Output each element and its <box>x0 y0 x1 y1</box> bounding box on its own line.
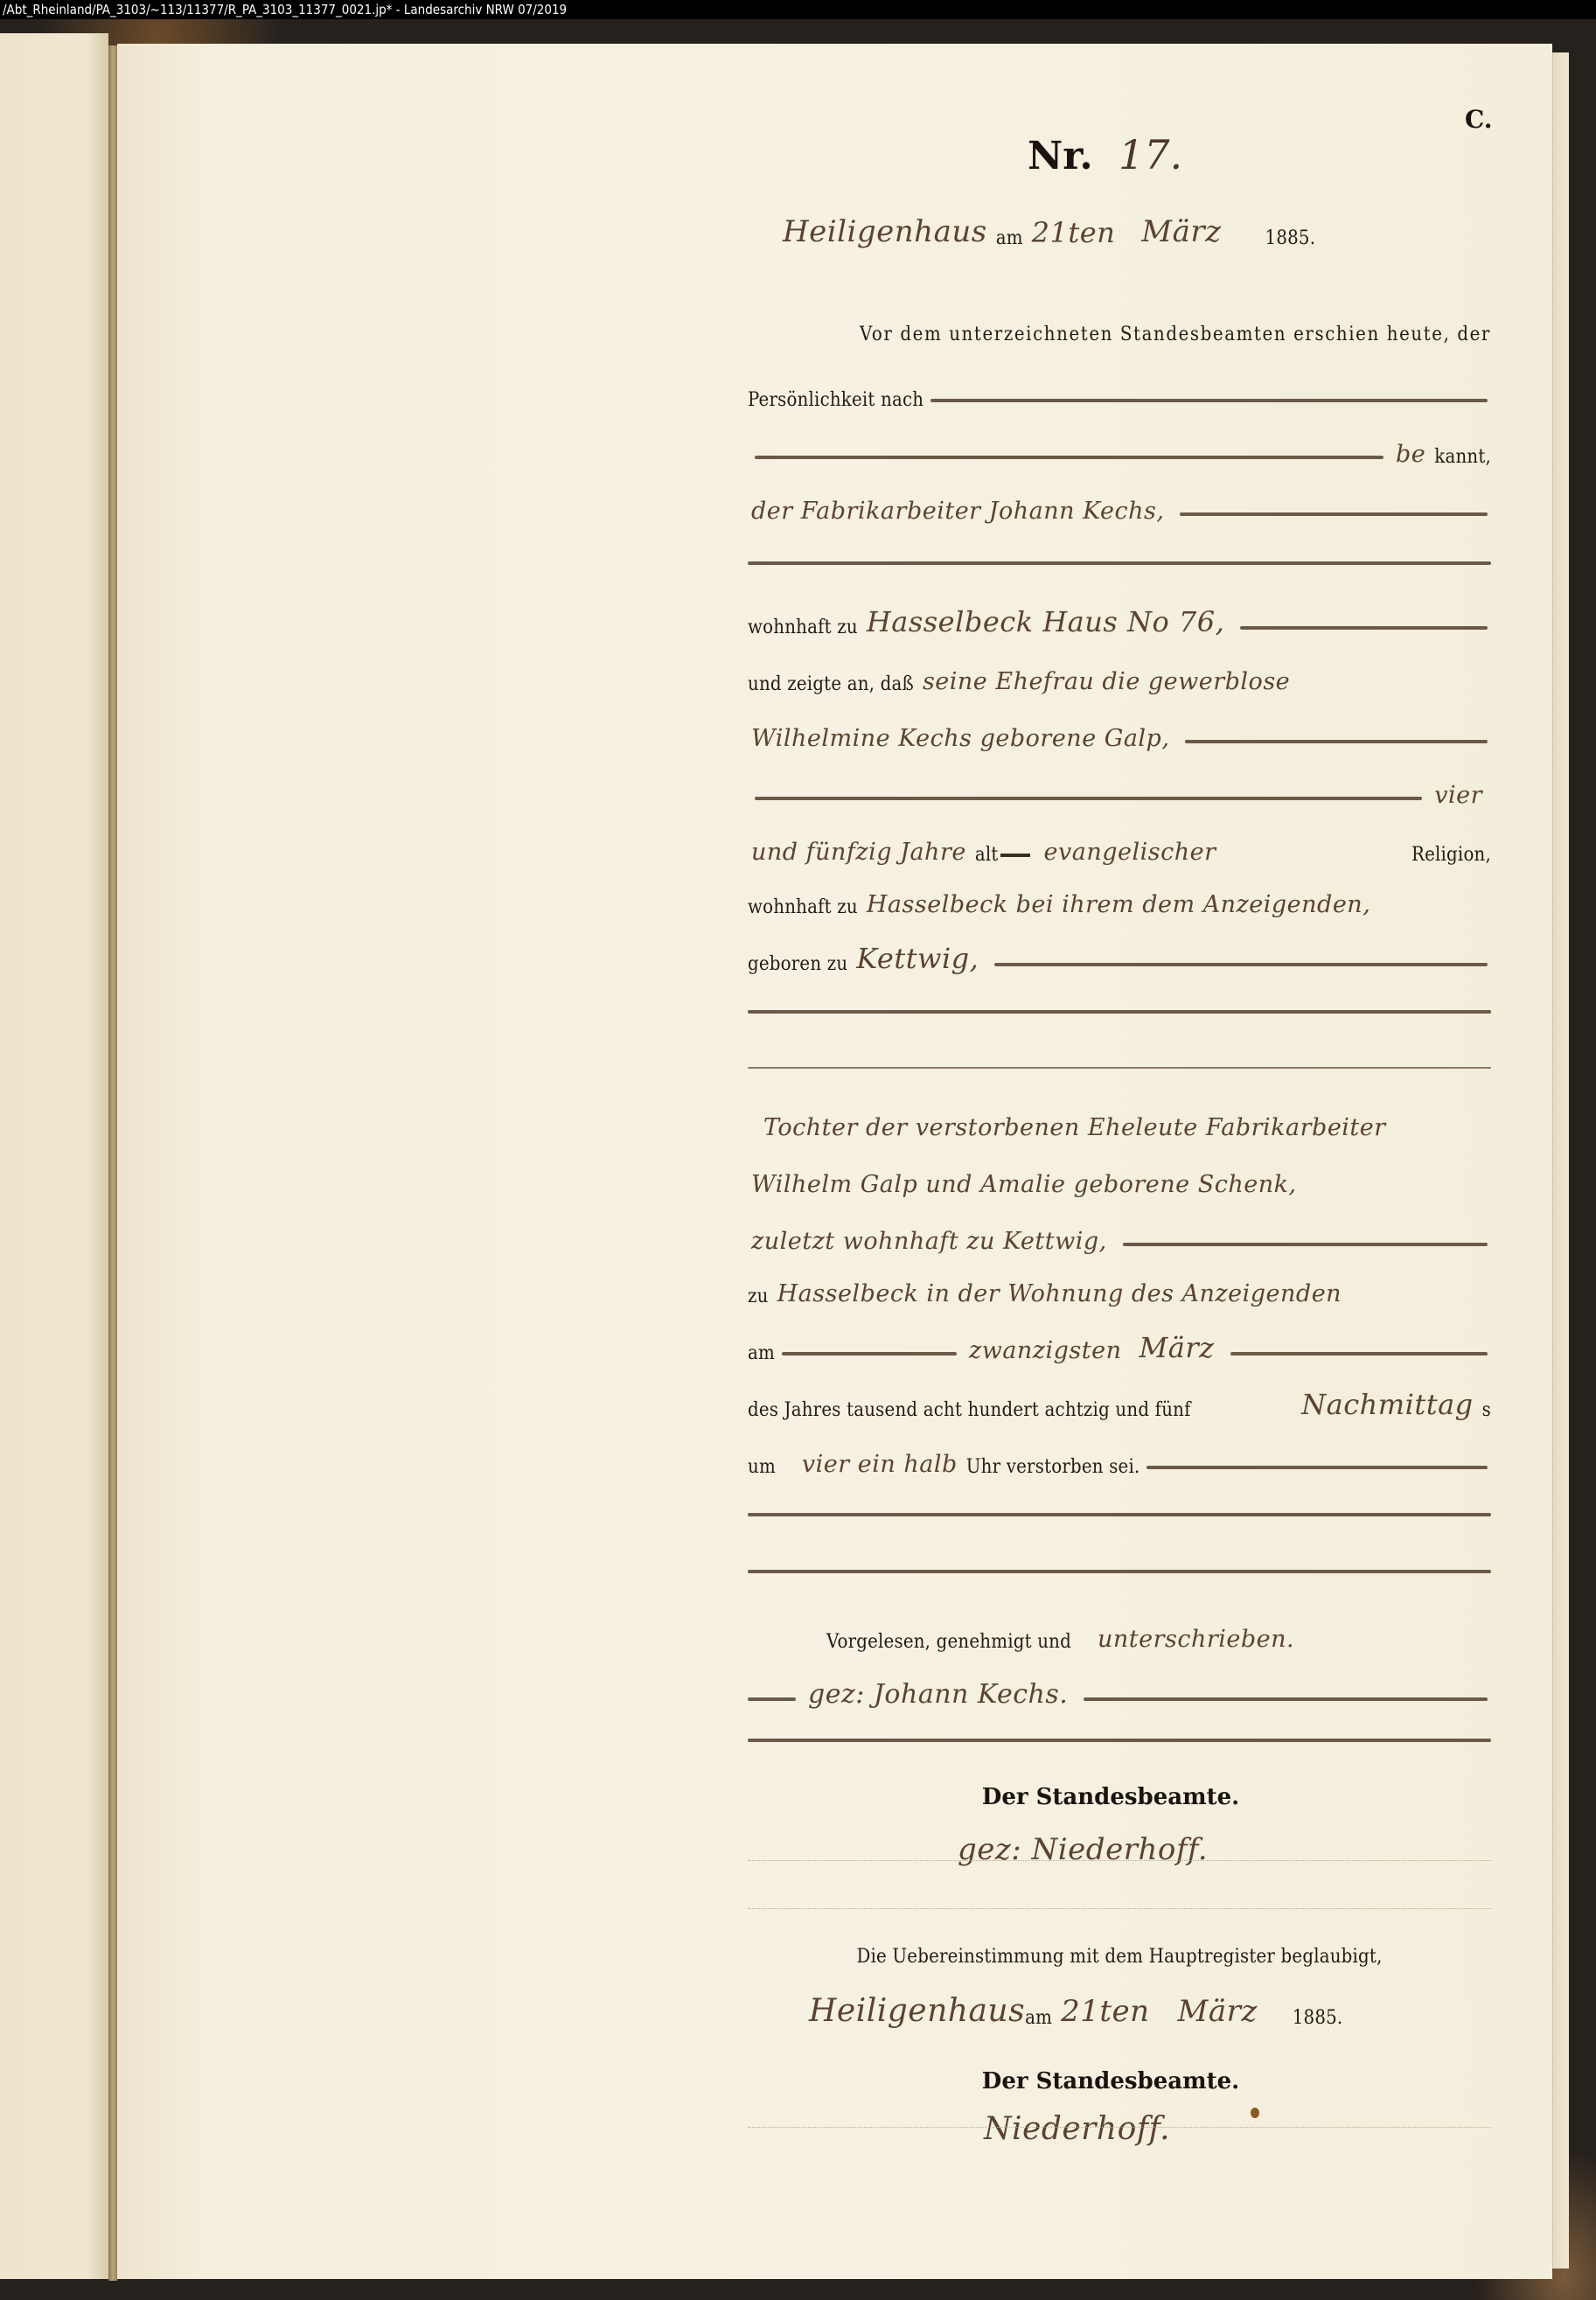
death-year-line: des Jahres tausend acht hundert achtzig … <box>748 1377 1491 1421</box>
daytime-suffix: s <box>1482 1399 1491 1421</box>
fill-line <box>1230 1352 1488 1356</box>
death-daytime: Nachmittag <box>1301 1388 1473 1421</box>
parents-line-3: zuletzt wohnhaft zu Kettwig, <box>748 1211 1491 1255</box>
fill-line <box>755 456 1383 459</box>
dotted-rule <box>748 1908 1491 1909</box>
fill-line <box>994 963 1488 966</box>
informant-signature: gez: Johann Kechs. <box>808 1679 1068 1710</box>
ink-stain <box>1251 2108 1259 2118</box>
dash <box>1000 854 1030 857</box>
um-label: um <box>748 1456 776 1478</box>
certification-day: 21ten <box>1061 1994 1149 2029</box>
certification-month: März <box>1178 1994 1258 2029</box>
parents-line-1-text: Tochter der verstorbenen Eheleute Fabrik… <box>763 1114 1386 1141</box>
deceased-residence: Hasselbeck bei ihrem dem Anzeigenden, <box>867 891 1370 918</box>
certification-title: Der Standesbeamte. <box>982 2068 1239 2094</box>
fill-line <box>1180 512 1488 516</box>
parents-line-2: Wilhelm Galp und Amalie geborene Schenk, <box>748 1154 1491 1198</box>
fill-line <box>748 561 1491 565</box>
certification-am: am <box>1025 2007 1052 2029</box>
dotted-rule <box>748 1860 1491 1861</box>
fill-line <box>748 1513 1491 1516</box>
notice-label: und zeigte an, daß <box>748 673 914 695</box>
parents-line-3-text: zuletzt wohnhaft zu Kettwig, <box>751 1228 1107 1255</box>
informant-residence-line: wohnhaft zu Hasselbeck Haus No 76, <box>748 595 1491 638</box>
certification-date-line: Heiligenhaus am 21ten März 1885. <box>748 1985 1491 2029</box>
place: Heiligenhaus <box>783 214 987 249</box>
uhr-text: Uhr verstorben sei. <box>966 1456 1140 1478</box>
am-label: am <box>996 227 1023 249</box>
intro-line: Vor dem unterzeichneten Standesbeamten e… <box>748 302 1491 345</box>
month: März <box>1141 214 1221 249</box>
parents-line-2-text: Wilhelm Galp und Amalie geborene Schenk, <box>751 1171 1297 1198</box>
record-number-label: Nr. <box>1028 134 1093 178</box>
death-time-line: um vier ein halb Uhr verstorben sei. <box>748 1434 1491 1478</box>
birthplace: Kettwig, <box>856 942 979 975</box>
age: und fünfzig Jahre <box>751 839 966 866</box>
year: 1885. <box>1265 227 1316 249</box>
fill-line <box>748 1739 1491 1742</box>
certification-title-line: Der Standesbeamte. <box>748 2051 1491 2094</box>
fill-line <box>1146 1466 1488 1469</box>
death-place: Hasselbeck in der Wohnung des Anzeigende… <box>777 1280 1342 1307</box>
zu-label: zu <box>748 1286 769 1307</box>
informant-name: der Fabrikarbeiter Johann Kechs, <box>751 498 1164 525</box>
certification-text: Die Uebereinstimmung mit dem Hauptregist… <box>856 1946 1382 1968</box>
death-hour: vier ein halb <box>802 1451 958 1478</box>
death-place-line: zu Hasselbeck in der Wohnung des Anzeige… <box>748 1264 1491 1307</box>
registrar-title-line: Der Standesbeamte. <box>748 1767 1491 1810</box>
birth-line: geboren zu Kettwig, <box>748 931 1491 975</box>
fill-line <box>1240 626 1488 630</box>
certification-signature: Niederhoff. <box>984 2111 1170 2147</box>
fill-line <box>755 797 1422 800</box>
left-page <box>0 33 108 2279</box>
parents-line-1: Tochter der verstorbenen Eheleute Fabrik… <box>748 1098 1491 1141</box>
fill-line <box>1084 1697 1488 1701</box>
dotted-rule <box>748 2127 1491 2128</box>
death-year-text: des Jahres tausend acht hundert achtzig … <box>748 1399 1191 1421</box>
page-edge <box>1552 52 1569 2269</box>
fill-line <box>748 1697 796 1701</box>
informant-line: der Fabrikarbeiter Johann Kechs, <box>748 481 1491 525</box>
read-approved-line: Vorgelesen, genehmigt und unterschrieben… <box>748 1609 1491 1653</box>
deceased-residence-line: wohnhaft zu Hasselbeck bei ihrem dem Anz… <box>748 875 1491 918</box>
identity-label: Persönlichkeit nach <box>748 389 923 411</box>
fill-line <box>930 399 1488 402</box>
fill-line <box>782 1352 957 1356</box>
certification-line: Die Uebereinstimmung mit dem Hauptregist… <box>748 1924 1491 1968</box>
fill-line <box>748 1010 1491 1014</box>
death-day: zwanzigsten <box>969 1337 1122 1364</box>
religion: evangelischer <box>1044 839 1216 866</box>
certification-signature-line: Niederhoff. <box>748 2103 1491 2147</box>
registrar-title: Der Standesbeamte. <box>982 1784 1239 1810</box>
informant-signature-line: gez: Johann Kechs. <box>748 1666 1491 1710</box>
deceased-line1: seine Ehefrau die gewerblose <box>923 668 1290 695</box>
am-label: am <box>748 1342 775 1364</box>
deceased-name: Wilhelmine Kechs geborene Galp, <box>751 725 1169 752</box>
book-gutter <box>108 45 117 2281</box>
window-title-bar: /Abt_Rheinland/PA_3103/~113/11377/R_PA_3… <box>0 0 1596 19</box>
certification-year: 1885. <box>1293 2007 1343 2029</box>
residence-label: wohnhaft zu <box>748 617 858 638</box>
birth-label: geboren zu <box>748 953 847 975</box>
alt-label: alt <box>975 844 999 866</box>
day: 21ten <box>1032 216 1116 249</box>
death-month: März <box>1140 1331 1215 1364</box>
kannt-label: kannt, <box>1434 446 1491 468</box>
age-religion-line: und fünfzig Jahre alt evangelischer Reli… <box>748 822 1491 866</box>
fill-line <box>748 1570 1491 1573</box>
record-number: Nr. 17. <box>1028 131 1182 178</box>
record-number-value: 17. <box>1119 131 1182 178</box>
identity-line: Persönlichkeit nach <box>748 367 1491 411</box>
corner-mark: C. <box>1465 105 1493 134</box>
registrar-signature: gez: Niederhoff. <box>958 1832 1208 1867</box>
read-approved-label: Vorgelesen, genehmigt und <box>826 1631 1071 1653</box>
residence-label: wohnhaft zu <box>748 896 858 918</box>
intro-text: Vor dem unterzeichneten Standesbeamten e… <box>860 324 1491 345</box>
fill-line <box>1123 1243 1488 1246</box>
age-prefix-line: vier <box>748 765 1491 809</box>
read-approved-hand: unterschrieben. <box>1098 1626 1294 1653</box>
fill-line <box>748 1067 1491 1069</box>
known-line: be kannt, <box>748 424 1491 468</box>
be-hand: be <box>1396 441 1425 468</box>
notice-line: und zeigte an, daß seine Ehefrau die gew… <box>748 652 1491 695</box>
fill-line <box>1185 740 1488 743</box>
informant-residence: Hasselbeck Haus No 76, <box>867 605 1224 638</box>
religion-label: Religion, <box>1411 844 1491 866</box>
place-date-line: Heiligenhaus am 21ten März 1885. <box>748 206 1491 249</box>
age-prefix: vier <box>1434 782 1482 809</box>
certification-place: Heiligenhaus <box>809 1993 1025 2029</box>
deceased-name-line: Wilhelmine Kechs geborene Galp, <box>748 708 1491 752</box>
death-date-line: am zwanzigsten März <box>748 1321 1491 1364</box>
